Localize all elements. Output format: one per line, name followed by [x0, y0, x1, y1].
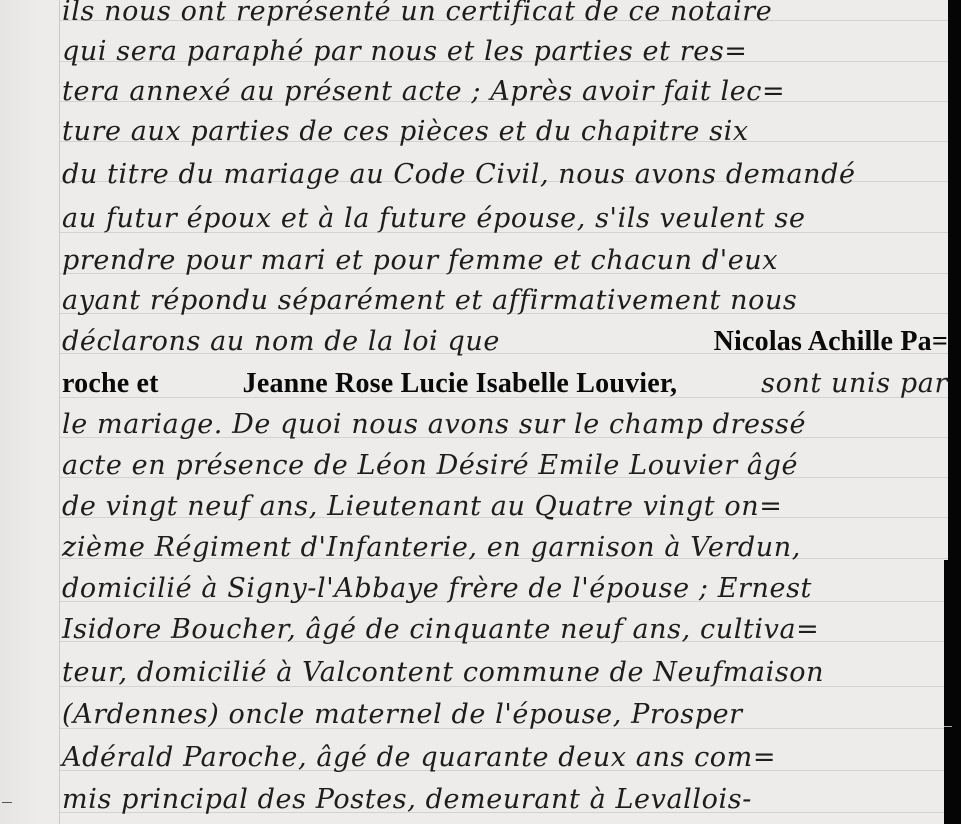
text-line-7: prendre pour mari et pour femme et chacu… [62, 241, 948, 281]
text-line-9: déclarons au nom de la loi que Nicolas A… [62, 322, 948, 362]
bride-name: Jeanne Rose Lucie Isabelle Louvier, [243, 364, 678, 404]
handwritten-text: au futur époux et à la future épouse, s'… [62, 199, 806, 239]
handwritten-text: sont unis par [761, 364, 948, 404]
text-line-1: ils nous ont représenté un certificat de… [62, 0, 948, 32]
margin-rule [59, 0, 60, 824]
text-line-4: ture aux parties de ces pièces et du cha… [62, 112, 948, 152]
handwritten-text: qui sera paraphé par nous et les parties… [62, 32, 748, 72]
handwritten-text: ils nous ont représenté un certificat de… [62, 0, 772, 32]
handwritten-text: de vingt neuf ans, Lieutenant au Quatre … [62, 487, 782, 527]
text-line-15: domicilié à Signy-l'Abbaye frère de l'ép… [62, 569, 948, 609]
text-line-5: du titre du mariage au Code Civil, nous … [62, 155, 948, 195]
text-line-13: de vingt neuf ans, Lieutenant au Quatre … [62, 487, 948, 527]
text-line-17: teur, domicilié à Valcontent commune de … [62, 653, 948, 693]
text-line-18: (Ardennes) oncle maternel de l'épouse, P… [62, 695, 948, 735]
document-page: ils nous ont représenté un certificat de… [0, 0, 948, 824]
text-line-11: le mariage. De quoi nous avons sur le ch… [62, 405, 948, 445]
text-line-16: Isidore Boucher, âgé de cinquante neuf a… [62, 610, 948, 650]
text-line-6: au futur époux et à la future épouse, s'… [62, 199, 948, 239]
text-line-12: acte en présence de Léon Désiré Emile Lo… [62, 446, 948, 486]
groom-name: Nicolas Achille Pa= [714, 322, 948, 362]
text-line-14: zième Régiment d'Infanterie, en garnison… [62, 528, 948, 568]
handwritten-text: Adérald Paroche, âgé de quarante deux an… [62, 738, 776, 778]
text-line-8: ayant répondu séparément et affirmativem… [62, 281, 948, 321]
handwritten-text: tera annexé au présent acte ; Après avoi… [62, 72, 785, 112]
handwritten-text: ayant répondu séparément et affirmativem… [62, 281, 797, 321]
text-line-10: roche et Jeanne Rose Lucie Isabelle Louv… [62, 364, 948, 404]
groom-name-continued: roche et [62, 364, 159, 404]
stray-ink-mark [2, 802, 12, 803]
handwritten-text: prendre pour mari et pour femme et chacu… [62, 241, 778, 281]
edge-mark [944, 726, 952, 727]
handwritten-text: le mariage. De quoi nous avons sur le ch… [62, 405, 806, 445]
handwritten-text: mis principal des Postes, demeurant à Le… [62, 780, 752, 820]
handwritten-text: teur, domicilié à Valcontent commune de … [62, 653, 824, 693]
text-line-3: tera annexé au présent acte ; Après avoi… [62, 72, 948, 112]
text-line-2: qui sera paraphé par nous et les parties… [62, 32, 948, 72]
handwritten-text: (Ardennes) oncle maternel de l'épouse, P… [62, 695, 743, 735]
scan-border [944, 560, 961, 824]
handwritten-text: domicilié à Signy-l'Abbaye frère de l'ép… [62, 569, 812, 609]
text-line-20: mis principal des Postes, demeurant à Le… [62, 780, 948, 820]
text-line-19: Adérald Paroche, âgé de quarante deux an… [62, 738, 948, 778]
handwritten-text: zième Régiment d'Infanterie, en garnison… [62, 528, 801, 568]
handwritten-text: déclarons au nom de la loi que [62, 322, 500, 362]
handwritten-text: Isidore Boucher, âgé de cinquante neuf a… [62, 610, 819, 650]
handwritten-text: acte en présence de Léon Désiré Emile Lo… [62, 446, 798, 486]
handwritten-text: du titre du mariage au Code Civil, nous … [62, 155, 856, 195]
handwritten-text: ture aux parties de ces pièces et du cha… [62, 112, 749, 152]
